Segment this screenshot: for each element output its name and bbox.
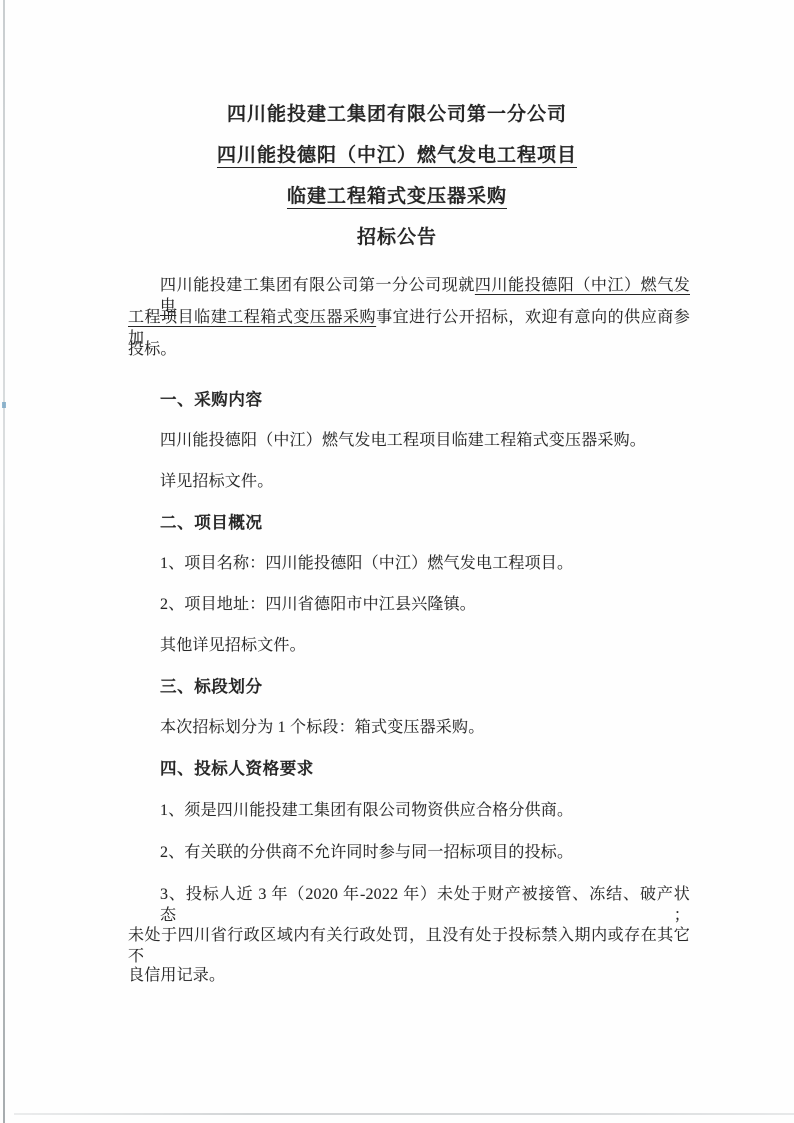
section-4-line-2: 2、有关联的分供商不允许同时参与同一招标项目的投标。 — [160, 842, 690, 863]
scan-edge-bottom-line — [14, 1113, 794, 1115]
intro-line-2: 工程项目临建工程箱式变压器采购事宜进行公开招标，欢迎有意向的供应商参加 — [128, 307, 690, 328]
section-4-line-5: 良信用记录。 — [128, 965, 690, 986]
scanned-document-page: 四川能投建工集团有限公司第一分公司 四川能投德阳（中江）燃气发电工程项目 临建工… — [0, 0, 794, 1123]
intro-line-1: 四川能投建工集团有限公司第一分公司现就四川能投德阳（中江）燃气发电 — [160, 275, 690, 296]
intro-line-3: 投标。 — [128, 339, 690, 360]
section-1-line-2: 详见招标文件。 — [160, 471, 690, 492]
scan-blue-mark — [2, 402, 6, 408]
section-4-line-3: 3、投标人近 3 年（2020 年-2022 年）未处于财产被接管、冻结、破产状… — [160, 884, 690, 905]
section-2-line-2: 2、项目地址：四川省德阳市中江县兴隆镇。 — [160, 594, 690, 615]
section-4-line-4: 未处于四川省行政区域内有关行政处罚，且没有处于投标禁入期内或存在其它不 — [128, 925, 690, 946]
section-3-line-1: 本次招标划分为 1 个标段：箱式变压器采购。 — [160, 717, 690, 738]
doc-title-subject: 临建工程箱式变压器采购 — [116, 185, 678, 209]
intro-line-1-normal: 四川能投建工集团有限公司第一分公司现就 — [160, 277, 475, 294]
section-2-line-3: 其他详见招标文件。 — [160, 635, 690, 656]
intro-line-2-underlined: 工程项目临建工程箱式变压器采购 — [128, 309, 376, 326]
doc-title-project: 四川能投德阳（中江）燃气发电工程项目 — [116, 144, 678, 168]
section-1-line-1: 四川能投德阳（中江）燃气发电工程项目临建工程箱式变压器采购。 — [160, 430, 690, 451]
section-3-heading: 三、标段划分 — [160, 676, 690, 697]
doc-title-company: 四川能投建工集团有限公司第一分公司 — [116, 103, 678, 127]
scan-edge-left-line — [3, 0, 5, 1123]
doc-title-announcement: 招标公告 — [116, 226, 678, 250]
section-4-heading: 四、投标人资格要求 — [160, 758, 690, 779]
section-2-line-1: 1、项目名称：四川能投德阳（中江）燃气发电工程项目。 — [160, 553, 690, 574]
section-1-heading: 一、采购内容 — [160, 389, 690, 410]
section-4-line-1: 1、须是四川能投建工集团有限公司物资供应合格分供商。 — [160, 800, 690, 821]
section-2-heading: 二、项目概况 — [160, 512, 690, 533]
